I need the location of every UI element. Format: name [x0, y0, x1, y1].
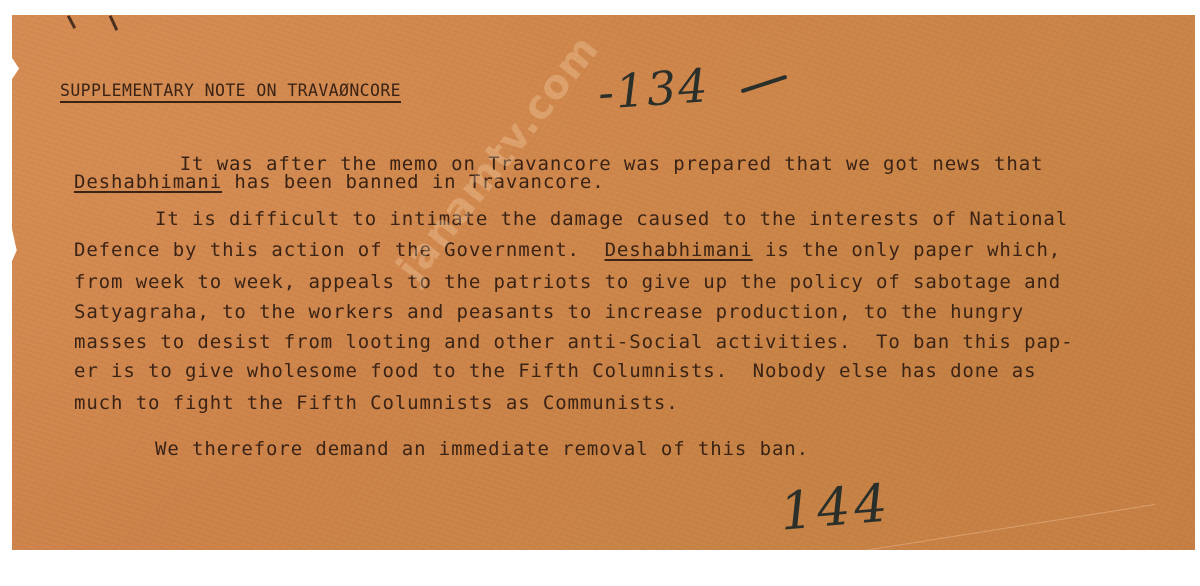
paper-crease	[641, 504, 1155, 553]
para2-line4: Satyagraha, to the workers and peasants …	[74, 303, 1024, 322]
para2-line5: masses to desist from looting and other …	[74, 333, 1073, 352]
newspaper-name: Deshabhimani	[74, 171, 222, 193]
para2-line2: Defence by this action of the Government…	[74, 241, 1061, 260]
para2-line7: much to fight the Fifth Columnists as Co…	[74, 394, 679, 413]
handwritten-page-number-top: -134	[596, 58, 711, 120]
para2-line6: er is to give wholesome food to the Fift…	[74, 362, 1036, 381]
para1-line1: It was after the memo on Travancore was …	[155, 136, 1043, 174]
handwritten-page-number-bottom: 144	[778, 473, 894, 542]
para2-line1: It is difficult to intimate the damage c…	[155, 210, 1068, 229]
para2-line3: from week to week, appeals to the patrio…	[74, 273, 1061, 292]
para1-line2: Deshabhimani has been banned in Travanco…	[74, 173, 605, 192]
document-heading: SUPPLEMENTARY NOTE ON TRAVAØNCORE	[60, 83, 401, 103]
newspaper-name: Deshabhimani	[605, 239, 753, 261]
para3-line1: We therefore demand an immediate removal…	[155, 440, 809, 459]
